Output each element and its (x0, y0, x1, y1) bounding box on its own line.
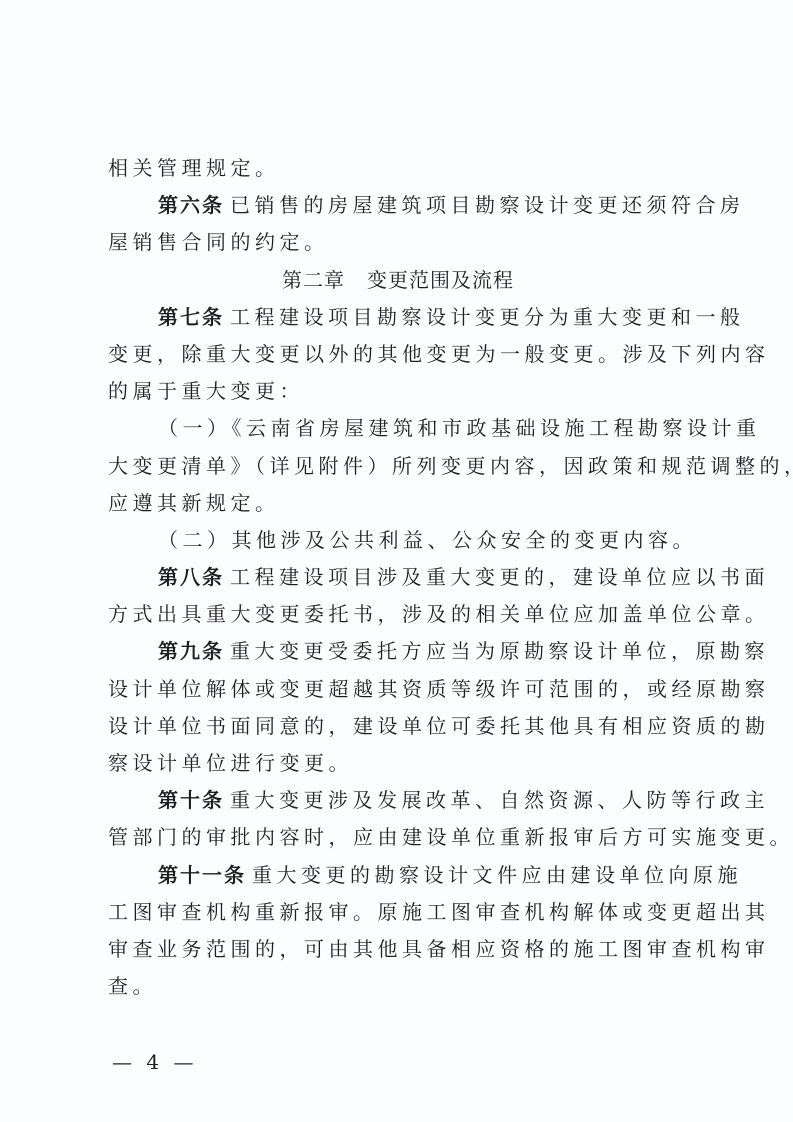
line-text: 重大变更的勘察设计文件应由建设单位向原施 (252, 863, 742, 887)
line-text: 工图审查机构重新报审。原施工图审查机构解体或变更超出其 (108, 900, 770, 924)
paragraph-line: 相关管理规定。 (108, 150, 688, 187)
line-text: 审查业务范围的，可由其他具备相应资格的施工图审查机构审 (108, 937, 770, 961)
document-page: 相关管理规定。第六条已销售的房屋建筑项目勘察设计变更还须符合房屋销售合同的约定。… (108, 150, 688, 1005)
paragraph-line: 变更，除重大变更以外的其他变更为一般变更。涉及下列内容 (108, 336, 688, 373)
line-text: 设计单位解体或变更超越其资质等级许可范围的，或经原勘察 (108, 677, 770, 701)
line-text: 管部门的审批内容时，应由建设单位重新报审后方可实施变更。 (108, 825, 793, 849)
line-text: 查。 (108, 974, 157, 998)
line-text: 设计单位书面同意的，建设单位可委托其他具有相应资质的勘 (108, 714, 770, 738)
chapter-title: 变更范围及流程 (367, 268, 514, 292)
paragraph-line: 管部门的审批内容时，应由建设单位重新报审后方可实施变更。 (108, 819, 688, 856)
paragraph-line: 审查业务范围的，可由其他具备相应资格的施工图审查机构审 (108, 931, 688, 968)
paragraph-line: （一）《云南省房屋建筑和市政基础设施工程勘察设计重 (108, 410, 688, 447)
article-line: 第十条重大变更涉及发展改革、自然资源、人防等行政主 (108, 782, 688, 819)
lines-before-chapter: 相关管理规定。第六条已销售的房屋建筑项目勘察设计变更还须符合房屋销售合同的约定。 (108, 150, 688, 262)
line-text: 工程建设项目勘察设计变更分为重大变更和一般 (230, 305, 745, 329)
line-text: （二）其他涉及公共利益、公众安全的变更内容。 (158, 528, 697, 552)
paragraph-line: 大变更清单》（详见附件）所列变更内容，因政策和规范调整的， (108, 448, 688, 485)
article-label: 第十条 (158, 788, 224, 812)
article-line: 第六条已销售的房屋建筑项目勘察设计变更还须符合房 (108, 187, 688, 224)
paragraph-line: 设计单位书面同意的，建设单位可委托其他具有相应资质的勘 (108, 708, 688, 745)
article-line: 第十一条重大变更的勘察设计文件应由建设单位向原施 (108, 857, 688, 894)
article-line: 第七条工程建设项目勘察设计变更分为重大变更和一般 (108, 299, 688, 336)
lines-after-chapter: 第七条工程建设项目勘察设计变更分为重大变更和一般变更，除重大变更以外的其他变更为… (108, 299, 688, 1006)
article-label: 第九条 (158, 639, 224, 663)
line-text: 察设计单位进行变更。 (108, 751, 353, 775)
article-label: 第八条 (158, 565, 224, 589)
paragraph-line: 的属于重大变更： (108, 373, 688, 410)
line-text: 相关管理规定。 (108, 156, 280, 180)
article-line: 第八条工程建设项目涉及重大变更的，建设单位应以书面 (108, 559, 688, 596)
paragraph-line: 查。 (108, 968, 688, 1005)
line-text: 重大变更受委托方应当为原勘察设计单位，原勘察 (230, 639, 769, 663)
line-text: 方式出具重大变更委托书，涉及的相关单位应加盖单位公章。 (108, 602, 770, 626)
article-label: 第六条 (158, 193, 224, 217)
line-text: 大变更清单》（详见附件）所列变更内容，因政策和规范调整的， (108, 454, 793, 478)
paragraph-line: 察设计单位进行变更。 (108, 745, 688, 782)
line-text: 变更，除重大变更以外的其他变更为一般变更。涉及下列内容 (108, 342, 770, 366)
article-label: 第十一条 (158, 863, 246, 887)
paragraph-line: 屋销售合同的约定。 (108, 224, 688, 261)
chapter-number: 第二章 (282, 268, 345, 292)
line-text: 应遵其新规定。 (108, 491, 280, 515)
line-text: （一）《云南省房屋建筑和市政基础设施工程勘察设计重 (158, 416, 761, 440)
paragraph-line: （二）其他涉及公共利益、公众安全的变更内容。 (108, 522, 688, 559)
line-text: 屋销售合同的约定。 (108, 230, 329, 254)
page-number: — 4 — (112, 1050, 197, 1074)
article-line: 第九条重大变更受委托方应当为原勘察设计单位，原勘察 (108, 633, 688, 670)
line-text: 工程建设项目涉及重大变更的，建设单位应以书面 (230, 565, 769, 589)
line-text: 已销售的房屋建筑项目勘察设计变更还须符合房 (230, 193, 745, 217)
line-text: 重大变更涉及发展改革、自然资源、人防等行政主 (230, 788, 769, 812)
article-label: 第七条 (158, 305, 224, 329)
paragraph-line: 设计单位解体或变更超越其资质等级许可范围的，或经原勘察 (108, 671, 688, 708)
chapter-heading: 第二章变更范围及流程 (108, 262, 688, 299)
paragraph-line: 方式出具重大变更委托书，涉及的相关单位应加盖单位公章。 (108, 596, 688, 633)
paragraph-line: 应遵其新规定。 (108, 485, 688, 522)
line-text: 的属于重大变更： (108, 379, 304, 403)
paragraph-line: 工图审查机构重新报审。原施工图审查机构解体或变更超出其 (108, 894, 688, 931)
